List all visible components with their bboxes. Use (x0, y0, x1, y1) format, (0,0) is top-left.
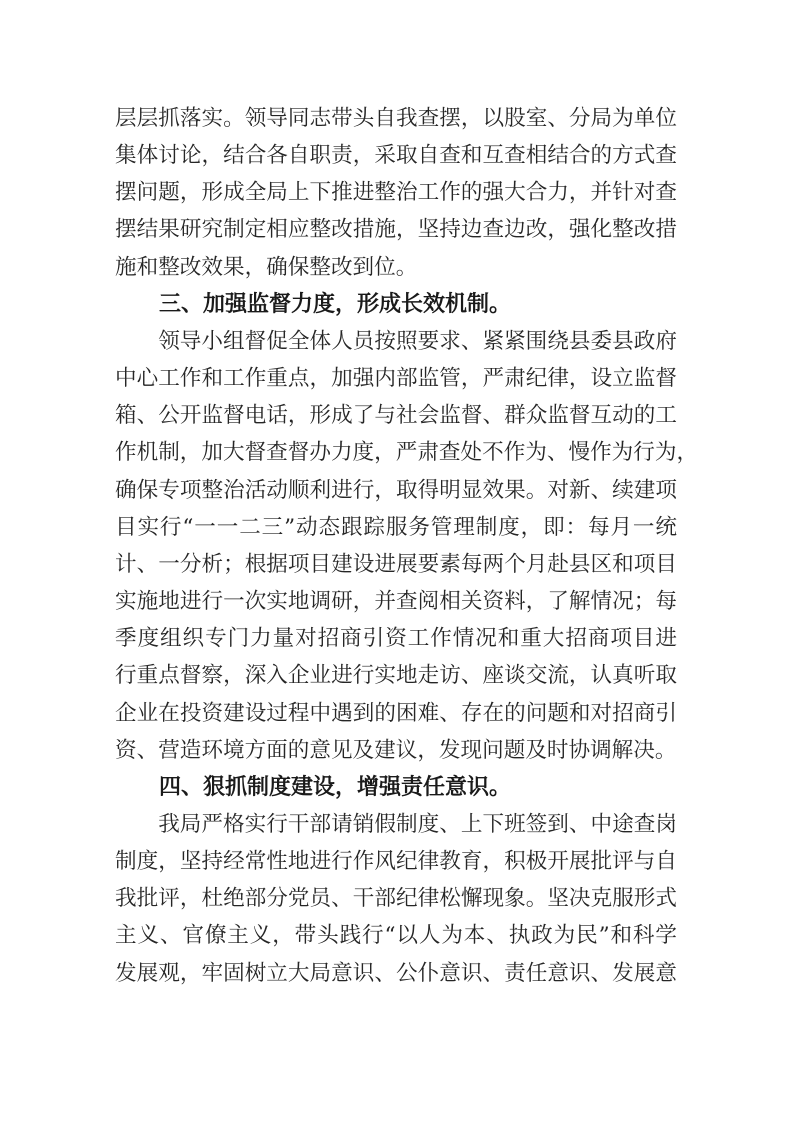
paragraph-line: 作机制，加大督查督办力度，严肃查处不作为、慢作为行为， (115, 434, 677, 471)
paragraph-line: 施和整改效果，确保整改到位。 (115, 249, 677, 286)
paragraph-line: 企业在投资建设过程中遇到的困难、存在的问题和对招商引 (115, 695, 677, 732)
paragraph-line: 目实行“一一二三”动态跟踪服务管理制度，即：每月一统 (115, 509, 677, 546)
paragraph-line: 实施地进行一次实地调研，并查阅相关资料，了解情况；每 (115, 583, 677, 620)
paragraph-line: 摆结果研究制定相应整改措施，坚持边查边改，强化整改措 (115, 211, 677, 248)
paragraph-line: 行重点督察，深入企业进行实地走访、座谈交流，认真听取 (115, 657, 677, 694)
section-heading: 三、加强监督力度，形成长效机制。 (115, 286, 677, 323)
document-body: 层层抓落实。领导同志带头自我查摆，以股室、分局为单位集体讨论，结合各自职责，采取… (115, 100, 677, 992)
paragraph-line: 我局严格实行干部请销假制度、上下班签到、中途查岗 (115, 806, 677, 843)
paragraph-line: 摆问题，形成全局上下推进整治工作的强大合力，并针对查 (115, 174, 677, 211)
paragraph-line: 资、营造环境方面的意见及建议，发现问题及时协调解决。 (115, 732, 677, 769)
paragraph-line: 计、一分析；根据项目建设进展要素每两个月赴县区和项目 (115, 546, 677, 583)
paragraph-line: 主义、官僚主义，带头践行“以人为本、执政为民”和科学 (115, 917, 677, 954)
paragraph-line: 领导小组督促全体人员按照要求、紧紧围绕县委县政府 (115, 323, 677, 360)
paragraph-line: 确保专项整治活动顺利进行，取得明显效果。对新、续建项 (115, 472, 677, 509)
paragraph-line: 制度，坚持经常性地进行作风纪律教育，积极开展批评与自 (115, 843, 677, 880)
paragraph-line: 发展观，牢固树立大局意识、公仆意识、责任意识、发展意 (115, 955, 677, 992)
paragraph-line: 我批评，杜绝部分党员、干部纪律松懈现象。坚决克服形式 (115, 880, 677, 917)
paragraph-line: 层层抓落实。领导同志带头自我查摆，以股室、分局为单位 (115, 100, 677, 137)
section-heading: 四、狠抓制度建设，增强责任意识。 (115, 769, 677, 806)
document-page: 层层抓落实。领导同志带头自我查摆，以股室、分局为单位集体讨论，结合各自职责，采取… (0, 0, 793, 1122)
paragraph-line: 季度组织专门力量对招商引资工作情况和重大招商项目进 (115, 620, 677, 657)
paragraph-line: 集体讨论，结合各自职责，采取自查和互查相结合的方式查 (115, 137, 677, 174)
paragraph-line: 箱、公开监督电话，形成了与社会监督、群众监督互动的工 (115, 397, 677, 434)
paragraph-line: 中心工作和工作重点，加强内部监管，严肃纪律，设立监督 (115, 360, 677, 397)
